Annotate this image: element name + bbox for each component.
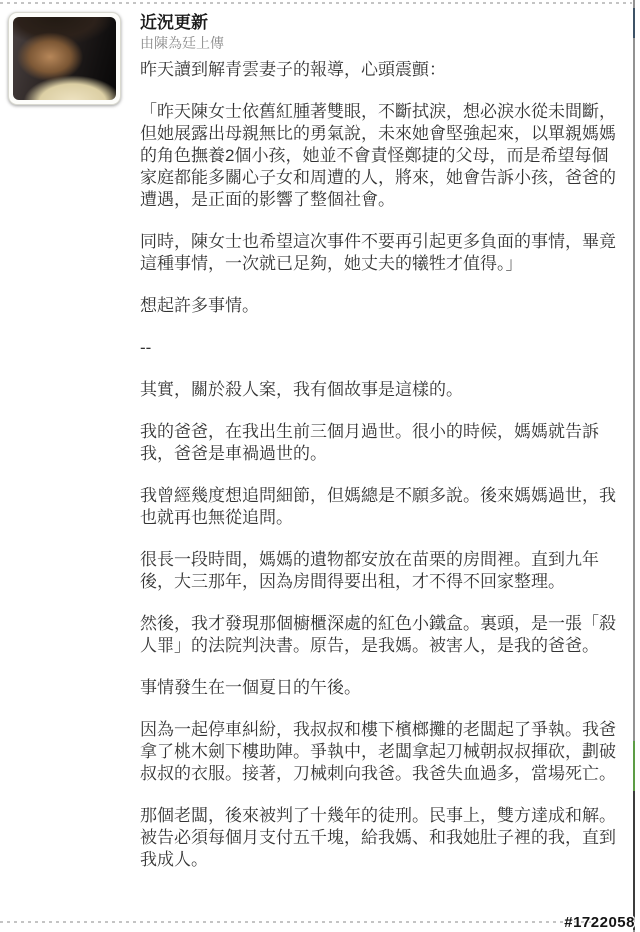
- post-paragraph: 因為一起停車糾紛，我叔叔和樓下檳榔攤的老闆起了爭執。我爸拿了桃木劍下樓助陣。爭執…: [140, 719, 618, 785]
- post-uploader: 由陳為廷上傳: [140, 34, 618, 53]
- post-paragraph: --: [140, 337, 618, 359]
- bottom-dashed-divider: [0, 921, 632, 923]
- post-paragraphs: 昨天讀到解青雲妻子的報導，心頭震顫：「昨天陳女士依舊紅腫著雙眼，不斷拭淚，想必淚…: [140, 59, 618, 871]
- right-edge-segment-dark: [633, 791, 635, 930]
- post-title: 近況更新: [140, 12, 618, 33]
- forum-post-page: 近況更新 由陳為廷上傳 昨天讀到解青雲妻子的報導，心頭震顫：「昨天陳女士依舊紅腫…: [0, 0, 640, 932]
- sleeping-person-photo: [13, 17, 116, 100]
- post-paragraph: 然後，我才發現那個櫥櫃深處的紅色小鐵盒。裏頭，是一張「殺人罪」的法院判決書。原告…: [140, 613, 618, 657]
- right-edge-segment-green: [633, 741, 635, 791]
- post-paragraph: 同時，陳女士也希望這次事件不要再引起更多負面的事情，畢竟這種事情，一次就已足夠，…: [140, 231, 618, 275]
- post-paragraph: 我曾經幾度想追問細節，但媽總是不願多說。後來媽媽過世，我也就再也無從追問。: [140, 485, 618, 529]
- post-paragraph: 我的爸爸，在我出生前三個月過世。很小的時候，媽媽就告訴我，爸爸是車禍過世的。: [140, 421, 618, 465]
- right-edge-line: [633, 0, 635, 932]
- post-paragraph: 昨天讀到解青雲妻子的報導，心頭震顫：: [140, 59, 618, 81]
- post-id-link[interactable]: #1722058: [564, 914, 635, 931]
- post-paragraph: 很長一段時間，媽媽的遺物都安放在苗栗的房間裡。直到九年後，大三那年，因為房間得要…: [140, 549, 618, 593]
- post-paragraph: 那個老闆，後來被判了十幾年的徒刑。民事上，雙方達成和解。被告必須每個月支付五千塊…: [140, 805, 618, 871]
- top-dashed-divider: [0, 2, 632, 4]
- post-paragraph: 想起許多事情。: [140, 295, 618, 317]
- post-paragraph: 事情發生在一個夏日的午後。: [140, 677, 618, 699]
- uploader-avatar[interactable]: [8, 12, 121, 105]
- post-paragraph: 其實，關於殺人案，我有個故事是這樣的。: [140, 379, 618, 401]
- post-content: 近況更新 由陳為廷上傳 昨天讀到解青雲妻子的報導，心頭震顫：「昨天陳女士依舊紅腫…: [140, 12, 618, 891]
- right-edge-segment-navy: [633, 8, 635, 38]
- post-paragraph: 「昨天陳女士依舊紅腫著雙眼，不斷拭淚，想必淚水從未間斷，但她展露出母親無比的勇氣…: [140, 101, 618, 211]
